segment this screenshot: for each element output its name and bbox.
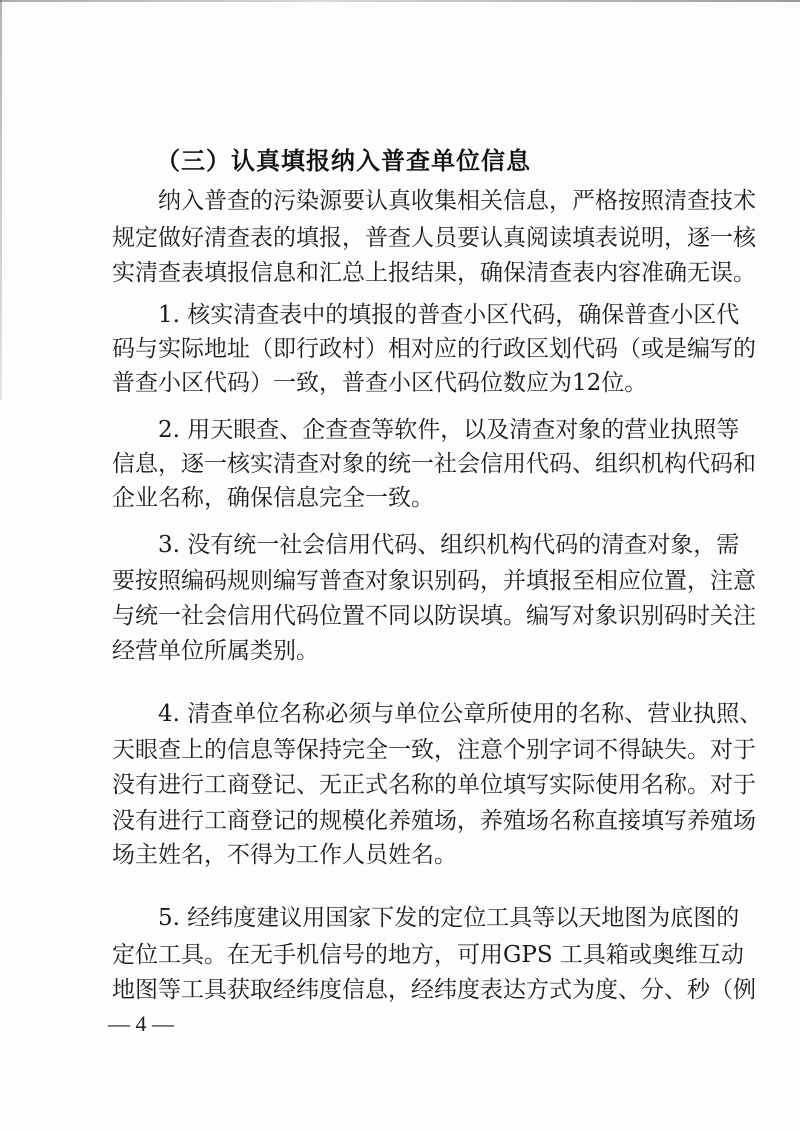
scan-edge-left xyxy=(0,0,2,400)
item-4-line: 4. 清查单位名称必须与单位公章所使用的名称、营业执照、 xyxy=(112,699,702,729)
paragraph-intro-line: 规定做好清查表的填报，普查人员要认真阅读填表说明，逐一核 xyxy=(112,223,702,253)
item-1-line: 码与实际地址（即行政村）相对应的行政区划代码（或是编写的 xyxy=(112,334,702,364)
item-3-line: 要按照编码规则编写普查对象识别码，并填报至相应位置，注意 xyxy=(112,566,702,596)
item-4-line: 天眼查上的信息等保持完全一致，注意个别字词不得缺失。对于 xyxy=(112,735,702,765)
item-4-line: 没有进行工商登记、无正式名称的单位填写实际使用名称。对于 xyxy=(112,770,702,800)
item-4-line: 场主姓名，不得为工作人员姓名。 xyxy=(112,840,702,870)
item-3-line: 与统一社会信用代码位置不同以防误填。编写对象识别码时关注 xyxy=(112,601,702,631)
item-2-line: 企业名称，确保信息完全一致。 xyxy=(112,483,702,513)
section-heading: （三）认真填报纳入普查单位信息 xyxy=(156,145,531,177)
item-2-line: 信息，逐一核实清查对象的统一社会信用代码、组织机构代码和 xyxy=(112,449,702,479)
item-1-line: 普查小区代码）一致，普查小区代码位数应为12位。 xyxy=(112,368,702,398)
item-1-line: 1. 核实清查表中的填报的普查小区代码，确保普查小区代 xyxy=(112,300,702,330)
item-4-line: 没有进行工商登记的规模化养殖场，养殖场名称直接填写养殖场 xyxy=(112,806,702,836)
document-page: （三）认真填报纳入普查单位信息 纳入普查的污染源要认真收集相关信息，严格按照清查… xyxy=(0,0,800,1131)
item-5-line: 定位工具。在无手机信号的地方，可用GPS 工具箱或奥维互动 xyxy=(112,940,702,970)
item-3-line: 经营单位所属类别。 xyxy=(112,636,702,666)
item-2-line: 2. 用天眼查、企查查等软件，以及清查对象的营业执照等 xyxy=(112,415,702,445)
paragraph-intro-line: 实清查表填报信息和汇总上报结果，确保清查表内容准确无误。 xyxy=(112,258,702,288)
paragraph-intro-line: 纳入普查的污染源要认真收集相关信息，严格按照清查技术 xyxy=(112,186,702,216)
item-5-line: 地图等工具获取经纬度信息，经纬度表达方式为度、分、秒（例 xyxy=(112,975,702,1005)
page-number: — 4 — xyxy=(108,1010,174,1038)
item-3-line: 3. 没有统一社会信用代码、组织机构代码的清查对象，需 xyxy=(112,530,702,560)
item-5-line: 5. 经纬度建议用国家下发的定位工具等以天地图为底图的 xyxy=(112,903,702,933)
scan-edge-top xyxy=(0,0,800,2)
